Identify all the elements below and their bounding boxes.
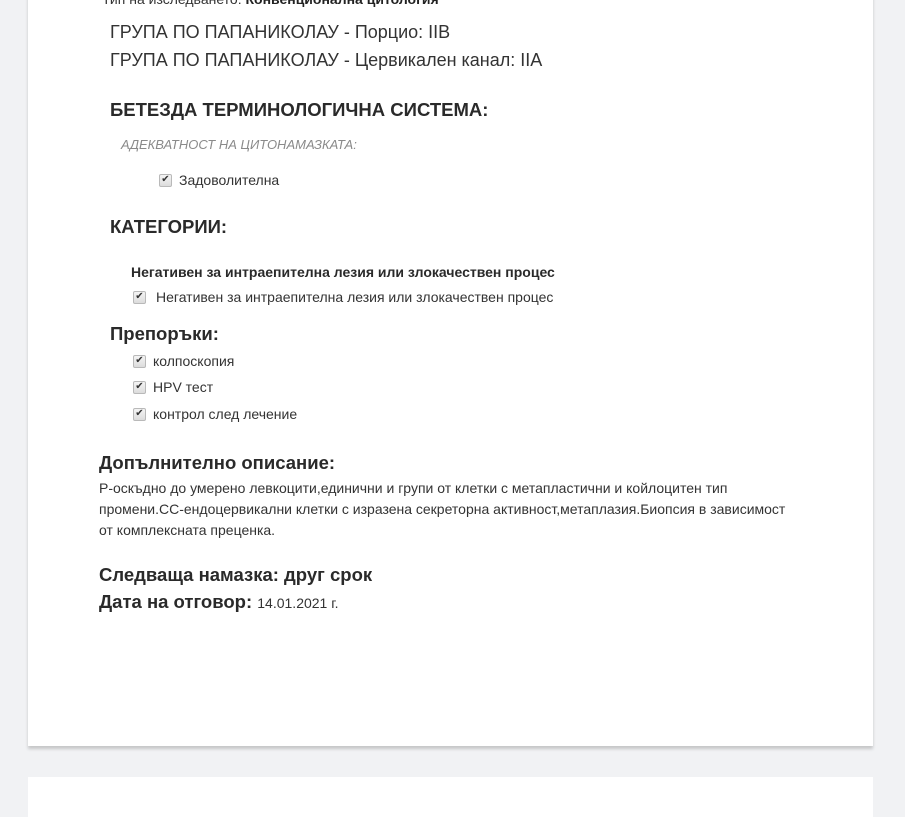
adequacy-label: АДЕКВАТНОСТ НА ЦИТОНАМАЗКАТА: — [121, 137, 357, 152]
recommendation-item: ✔ HPV тест — [133, 379, 213, 395]
next-card — [28, 777, 873, 783]
exam-type-value: Конвенционална цитология — [245, 0, 438, 7]
checkbox-checked-icon[interactable]: ✔ — [133, 408, 146, 421]
category-item-label: Негативен за интраепителна лезия или зло… — [156, 289, 553, 305]
bethesda-title: БЕТЕЗДА ТЕРМИНОЛОГИЧНА СИСТЕМА: — [110, 99, 488, 121]
recommendation-item: ✔ контрол след лечение — [133, 406, 297, 422]
response-date: Дата на отговор: 14.01.2021 г. — [99, 591, 339, 613]
categories-title: КАТЕГОРИИ: — [110, 216, 227, 238]
recommendations-title: Препоръки: — [110, 323, 219, 345]
papanicolaou-cervical-canal: ГРУПА ПО ПАПАНИКОЛАУ - Цервикален канал:… — [110, 50, 542, 71]
checkbox-checked-icon[interactable]: ✔ — [133, 355, 146, 368]
checkbox-checked-icon[interactable]: ✔ — [159, 174, 172, 187]
recommendation-label: колпоскопия — [153, 353, 234, 369]
papanicolaou-portio: ГРУПА ПО ПАПАНИКОЛАУ - Порцио: IIB — [110, 22, 450, 43]
recommendation-label: HPV тест — [153, 379, 213, 395]
adequacy-option: ✔ Задоволителна — [159, 172, 279, 188]
response-date-value: 14.01.2021 г. — [257, 595, 338, 611]
recommendation-item: ✔ колпоскопия — [133, 353, 234, 369]
additional-description-text: Р-оскъдно до умерено левкоцити,единични … — [99, 478, 799, 541]
checkbox-checked-icon[interactable]: ✔ — [133, 291, 146, 304]
exam-type-line: Тип на изследването: Конвенционална цито… — [102, 0, 439, 7]
recommendation-label: контрол след лечение — [153, 406, 297, 422]
category-group-title: Негативен за интраепителна лезия или зло… — [131, 264, 555, 280]
additional-description-title: Допълнително описание: — [99, 452, 335, 474]
category-item: ✔ Негативен за интраепителна лезия или з… — [133, 289, 553, 305]
next-smear: Следваща намазка: друг срок — [99, 564, 372, 586]
exam-type-label: Тип на изследването: — [102, 0, 242, 7]
checkbox-checked-icon[interactable]: ✔ — [133, 381, 146, 394]
response-date-label: Дата на отговор: — [99, 591, 252, 612]
adequacy-option-label: Задоволителна — [179, 172, 279, 188]
